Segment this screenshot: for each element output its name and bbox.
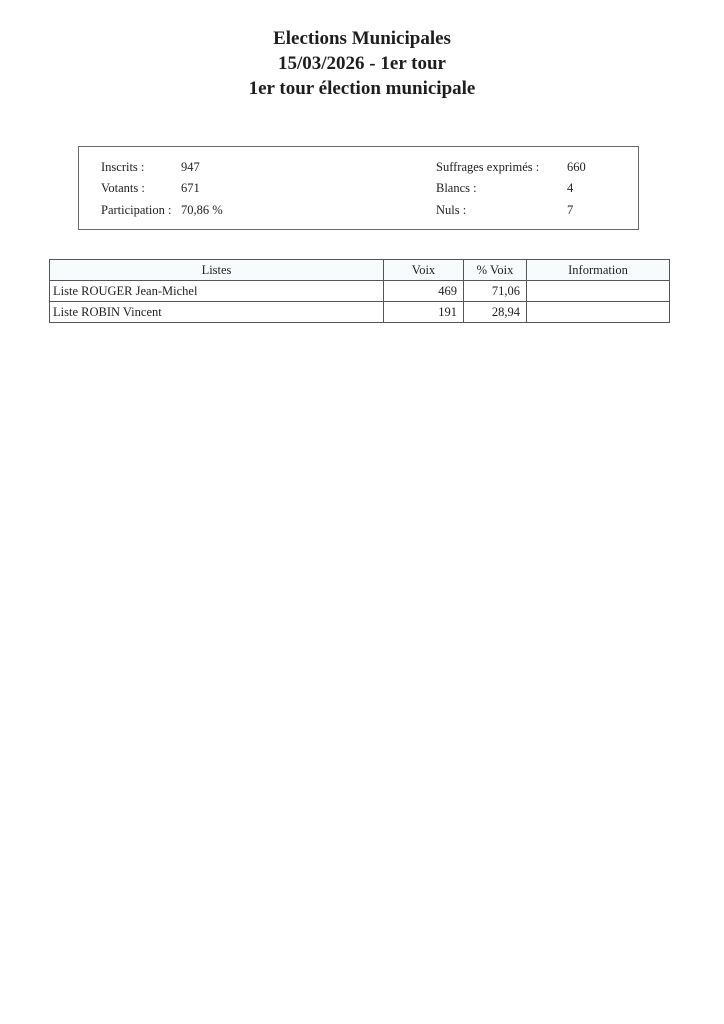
blancs-label: Blancs : [436, 177, 477, 199]
column-header-listes: Listes [50, 260, 384, 281]
information-value [527, 302, 670, 323]
summary-participation: Participation : 70,86 % [101, 199, 301, 221]
results-table: Listes Voix % Voix Information Liste ROU… [49, 259, 670, 323]
column-header-information: Information [527, 260, 670, 281]
title-line-description: 1er tour élection municipale [0, 76, 724, 101]
nuls-label: Nuls : [436, 199, 466, 221]
blancs-value: 4 [567, 177, 573, 199]
liste-name: Liste ROUGER Jean-Michel [50, 281, 384, 302]
votants-value: 671 [181, 177, 200, 199]
document-title: Elections Municipales 15/03/2026 - 1er t… [0, 26, 724, 101]
inscrits-value: 947 [181, 156, 200, 178]
summary-votants: Votants : 671 [101, 177, 301, 199]
column-header-voix: Voix [384, 260, 464, 281]
inscrits-label: Inscrits : [101, 156, 144, 178]
title-line-election: Elections Municipales [0, 26, 724, 51]
exprimes-value: 660 [567, 156, 586, 178]
summary-nuls: Nuls : 7 [436, 199, 636, 221]
votants-label: Votants : [101, 177, 145, 199]
participation-label: Participation : [101, 199, 171, 221]
pct-voix-value: 28,94 [464, 302, 527, 323]
voix-value: 191 [384, 302, 464, 323]
summary-blancs: Blancs : 4 [436, 177, 636, 199]
voix-value: 469 [384, 281, 464, 302]
summary-inscrits: Inscrits : 947 [101, 156, 301, 178]
summary-box: Inscrits : 947 Votants : 671 Participati… [78, 146, 639, 230]
summary-exprimes: Suffrages exprimés : 660 [436, 156, 636, 178]
nuls-value: 7 [567, 199, 573, 221]
information-value [527, 281, 670, 302]
exprimes-label: Suffrages exprimés : [436, 156, 539, 178]
participation-value: 70,86 % [181, 199, 223, 221]
column-header-pct-voix: % Voix [464, 260, 527, 281]
liste-name: Liste ROBIN Vincent [50, 302, 384, 323]
table-row: Liste ROUGER Jean-Michel 469 71,06 [50, 281, 670, 302]
table-row: Liste ROBIN Vincent 191 28,94 [50, 302, 670, 323]
title-line-date-round: 15/03/2026 - 1er tour [0, 51, 724, 76]
pct-voix-value: 71,06 [464, 281, 527, 302]
results-header-row: Listes Voix % Voix Information [50, 260, 670, 281]
